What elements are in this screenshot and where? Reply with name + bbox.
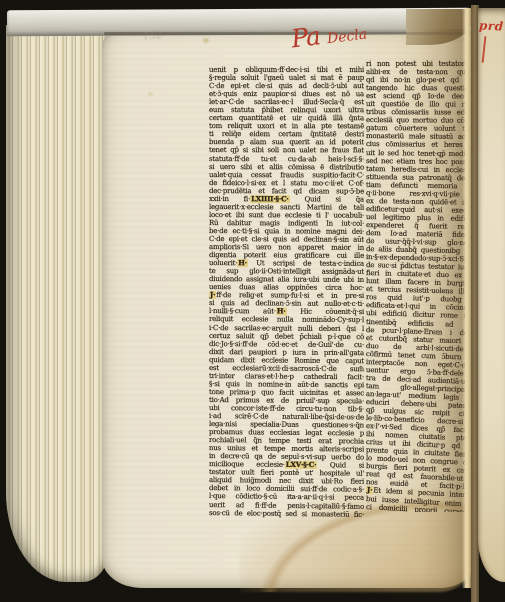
text-line: ualet·quia cessat fraudis suspitio·facit…: [209, 171, 364, 179]
foxing-spot: [148, 92, 153, 96]
text-column-right: ri non potest ubi testator fieri iusse·s…: [366, 60, 465, 511]
text-line: ri non potest ubi testator fieri iusse·s…: [366, 60, 465, 68]
text-line: reliquit ecclesie nulla nominādo·Cy·sup·…: [209, 315, 364, 324]
text-column-right-clip: ri non potest ubi testator fieri iusse·s…: [366, 60, 465, 512]
facing-leaf-edge: [478, 8, 505, 582]
text-line: §·regula soluit l'gaeū ualet si mat ē pa…: [209, 74, 364, 82]
book-photograph: 152 PaDecla uenit p obliquum·ff·dec·i·si…: [0, 0, 505, 602]
text-line: statuta·ff·de tu·et cu·da·ab heis·l·scī·…: [209, 155, 364, 163]
text-line: tenet qp̄ si sibi soli non ualet ne frau…: [209, 146, 364, 154]
text-line: dec·prudētia et facit qd dicam sup·ɔ̄·be: [209, 187, 364, 196]
text-line: si uero sibi et aliis cōmissa ē distribu…: [209, 163, 364, 171]
running-header-initial: Pa: [290, 21, 322, 53]
text-line: xxii·in fi·LXIIII·§·C· Quid si q̄a: [209, 195, 364, 204]
yellow-washed-capital: J·: [366, 486, 374, 494]
fore-edge-note: prd: [479, 18, 504, 33]
text-line: sos·cū de eloc·postq̄ sed si monasteriū …: [209, 509, 364, 519]
text-line: uenit p obliquum·ff·dec·i·si tibi et mih…: [209, 66, 364, 74]
text-line: C·de epi·et cle·si quis ad decli·ɔ̄·ubi …: [209, 82, 364, 90]
foxing-spot: [203, 38, 209, 43]
text-line: de fideico·l·si·ex et l statu mo·c·ii·et…: [209, 179, 364, 188]
text-line: alibi·ex de testa·non quidem·H· Vide: [366, 68, 465, 76]
text-column-left: uenit p obliquum·ff·dec·i·si tibi et mih…: [209, 66, 364, 517]
yellow-washed-capital: H·: [237, 259, 248, 267]
yellow-washed-capital: LXIIII·§·C·: [250, 195, 290, 203]
running-header-word: Decla: [326, 26, 368, 47]
fore-edge-page-stack: [6, 25, 108, 582]
pencil-inscription: 152: [143, 30, 163, 42]
